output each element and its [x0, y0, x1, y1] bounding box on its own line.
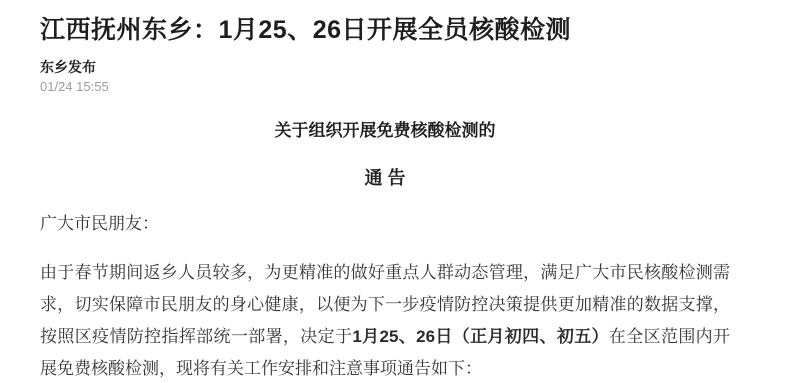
notice-title: 通 告: [40, 167, 730, 189]
body-paragraph: 由于春节期间返乡人员较多，为更精准的做好重点人群动态管理，满足广大市民核酸检测需…: [40, 257, 730, 383]
salutation: 广大市民朋友：: [40, 213, 730, 235]
article-page: 江西抚州东乡：1月25、26日开展全员核酸检测 东乡发布 01/24 15:55…: [0, 0, 800, 383]
notice-heading: 关于组织开展免费核酸检测的: [40, 120, 730, 142]
publish-time: 01/24 15:55: [40, 79, 730, 95]
article-title: 江西抚州东乡：1月25、26日开展全员核酸检测: [40, 14, 730, 46]
highlight-dates: 1月25、26日（正月初四、初五）: [352, 327, 609, 346]
article-container: 江西抚州东乡：1月25、26日开展全员核酸检测 东乡发布 01/24 15:55…: [40, 0, 730, 383]
source-name: 东乡发布: [40, 59, 730, 76]
